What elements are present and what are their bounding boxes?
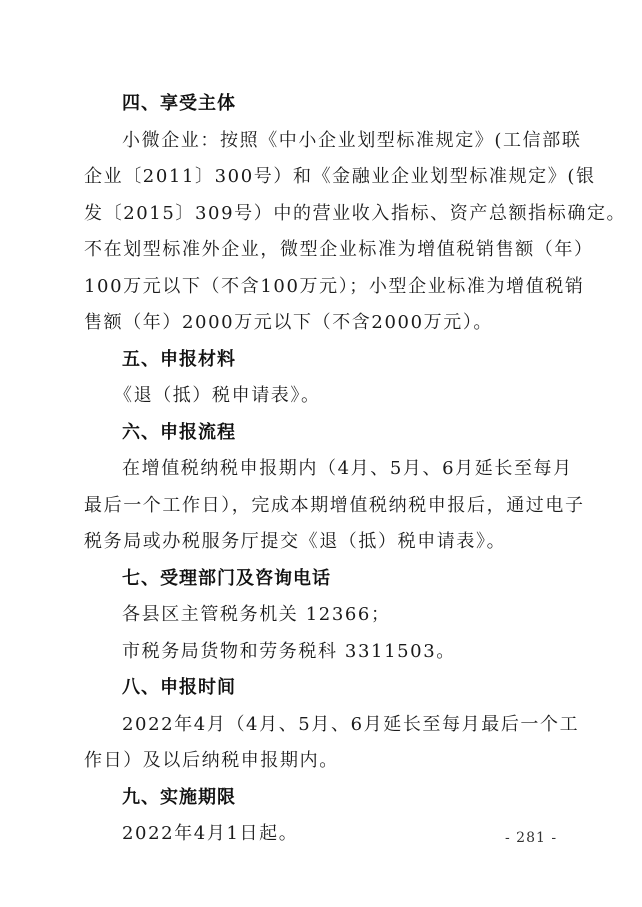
paragraph-line: 发〔2015〕309号）中的营业收入指标、资产总额指标确定。 (84, 196, 560, 233)
section-heading-7: 七、受理部门及咨询电话 (84, 561, 560, 598)
section-heading-5: 五、申报材料 (84, 342, 560, 379)
paragraph-line: 各县区主管税务机关 12366； (84, 597, 560, 634)
page-number: - 281 - (505, 830, 557, 846)
section-heading-9: 九、实施期限 (84, 780, 560, 817)
paragraph-line: 2022年4月（4月、5月、6月延长至每月最后一个工 (84, 707, 560, 744)
paragraph-line: 不在划型标准外企业，微型企业标准为增值税销售额（年） (84, 232, 560, 269)
paragraph-line: 最后一个工作日），完成本期增值税纳税申报后，通过电子 (84, 488, 560, 525)
paragraph-line: 市税务局货物和劳务税科 3311503。 (84, 634, 560, 671)
section-heading-6: 六、申报流程 (84, 415, 560, 452)
paragraph-line: 作日）及以后纳税申报期内。 (84, 743, 560, 780)
paragraph-line: 企业〔2011〕300号）和《金融业企业划型标准规定》(银 (84, 159, 560, 196)
paragraph-line: 2022年4月1日起。 (84, 816, 560, 853)
section-heading-8: 八、申报时间 (84, 670, 560, 707)
document-page: 四、享受主体 小微企业：按照《中小企业划型标准规定》(工信部联 企业〔2011〕… (84, 86, 560, 853)
paragraph-line: 售额（年）2000万元以下（不含2000万元）。 (84, 305, 560, 342)
paragraph-line: 100万元以下（不含100万元）；小型企业标准为增值税销 (84, 269, 560, 306)
section-heading-4: 四、享受主体 (84, 86, 560, 123)
paragraph-line: 税务局或办税服务厅提交《退（抵）税申请表》。 (84, 524, 560, 561)
paragraph-line: 在增值税纳税申报期内（4月、5月、6月延长至每月 (84, 451, 560, 488)
paragraph-line: 小微企业：按照《中小企业划型标准规定》(工信部联 (84, 123, 560, 160)
paragraph-line: 《退（抵）税申请表》。 (84, 378, 560, 415)
